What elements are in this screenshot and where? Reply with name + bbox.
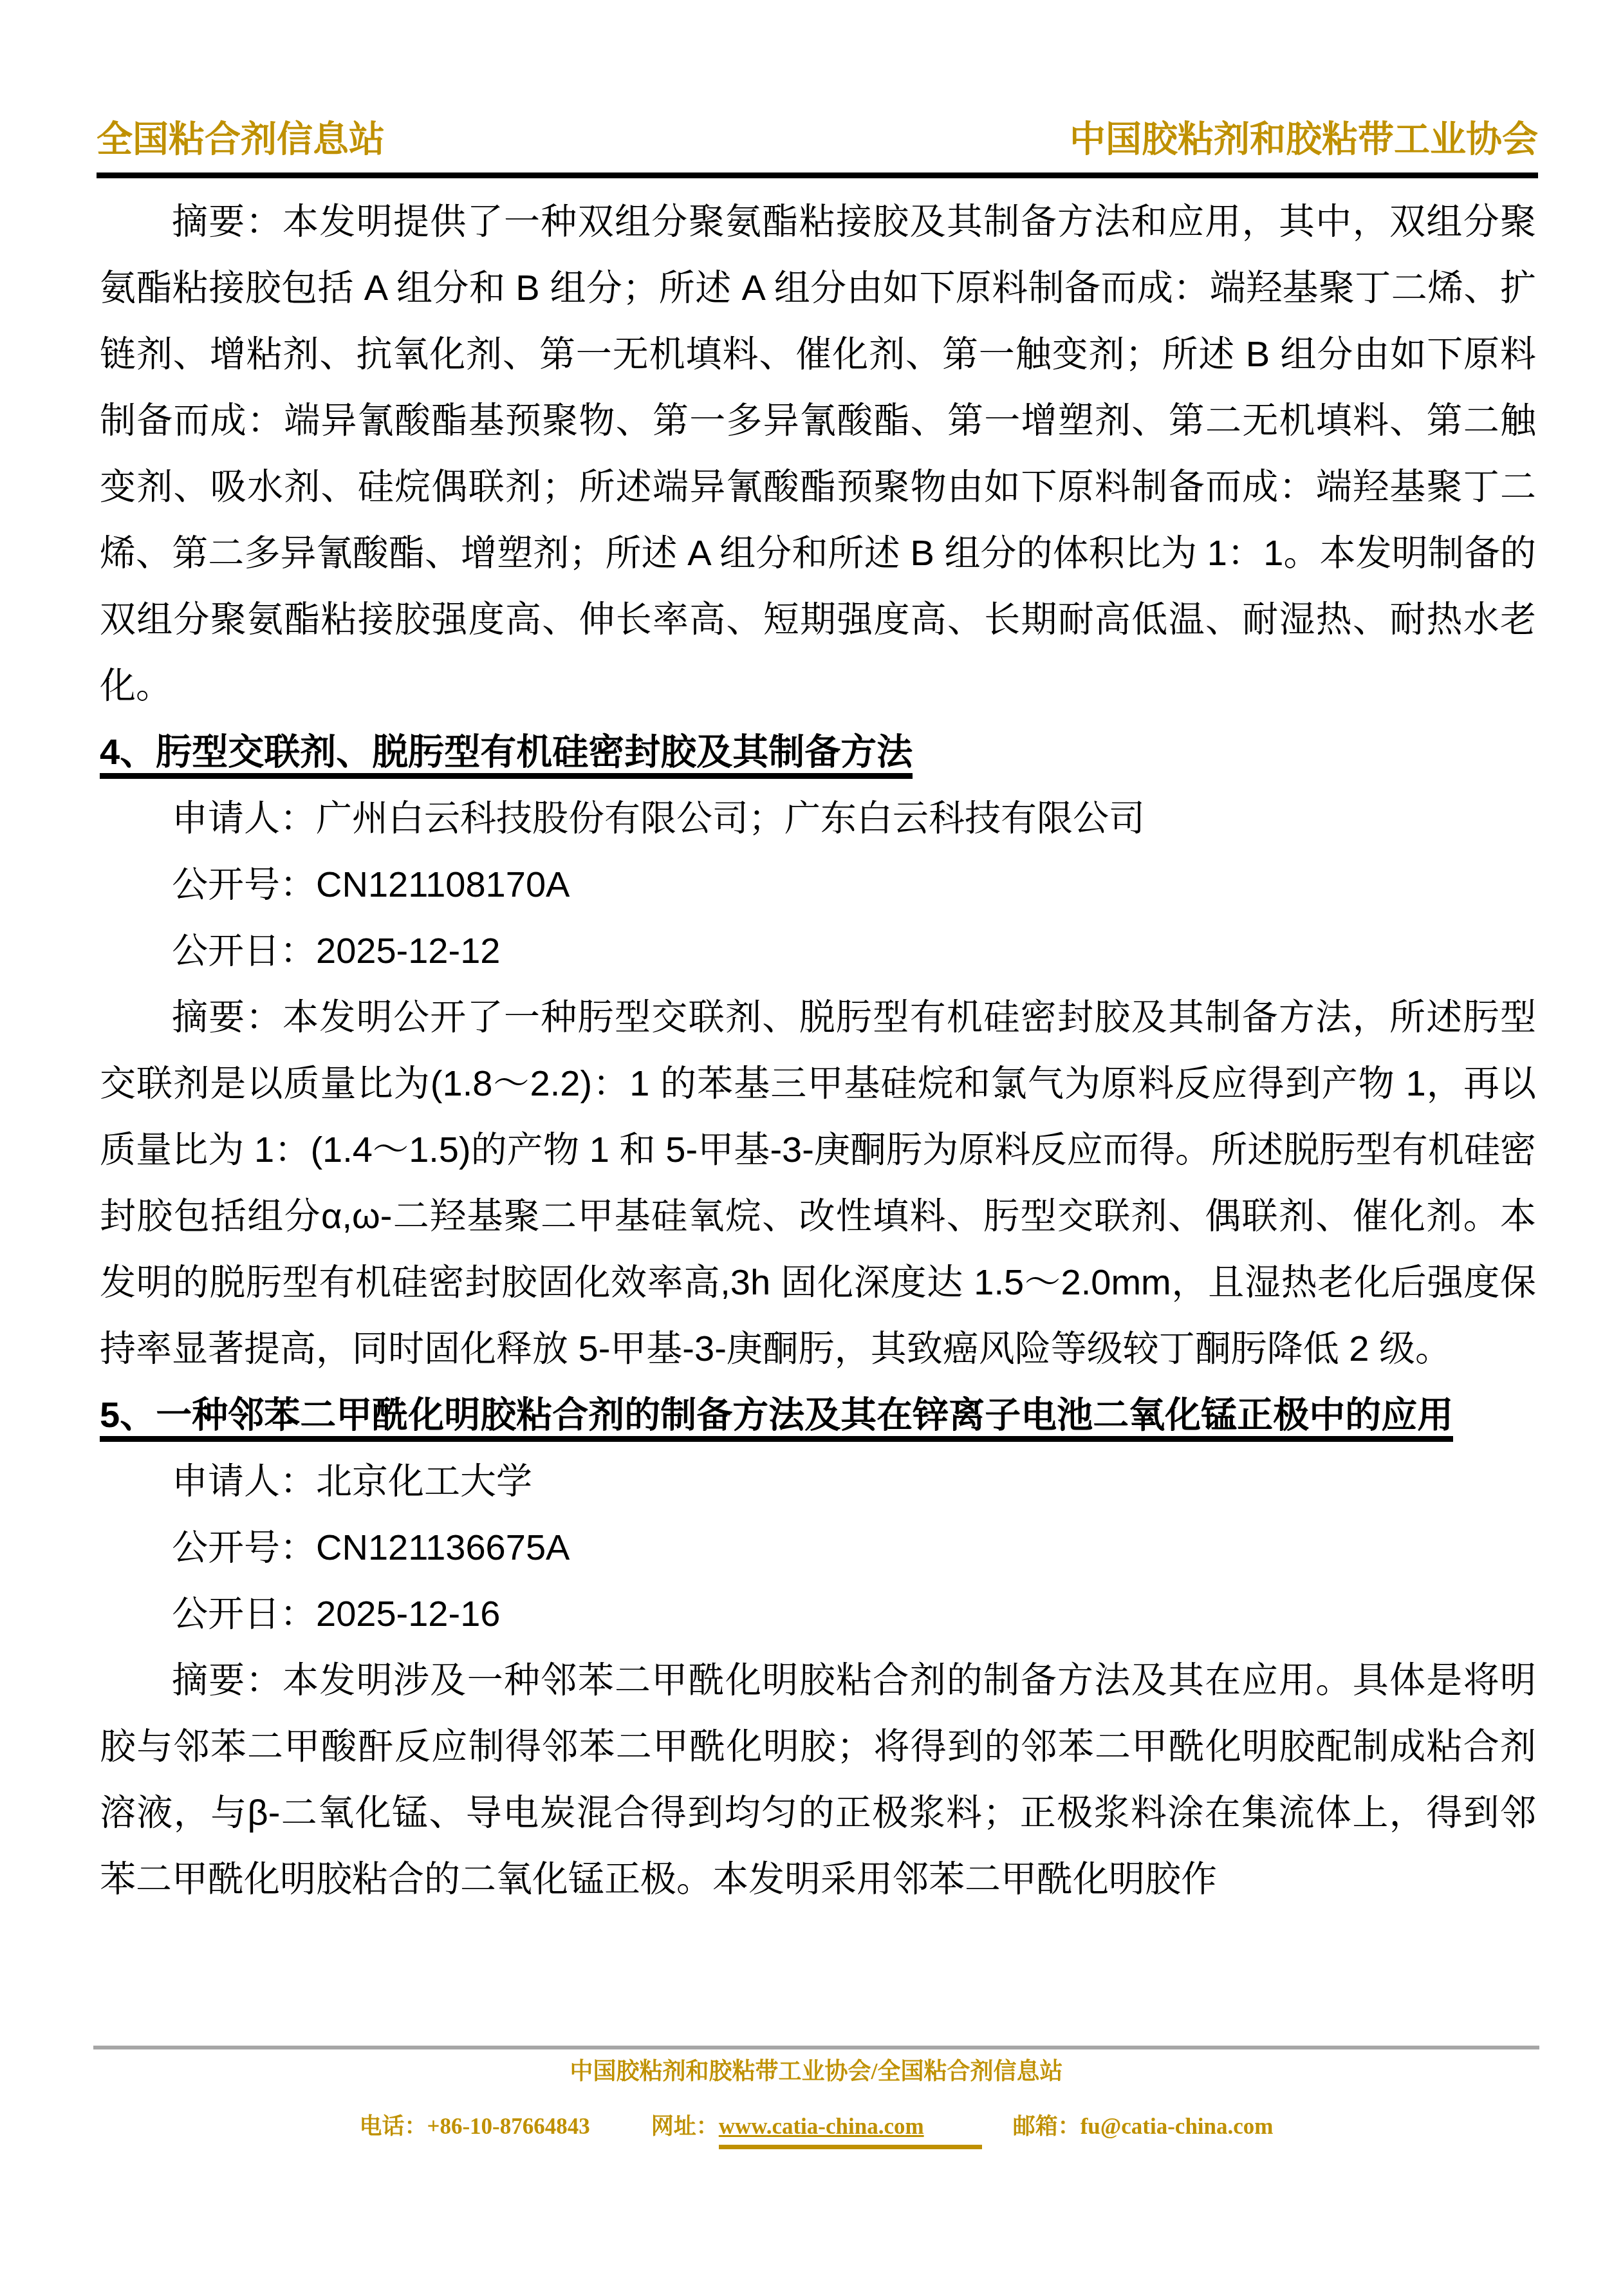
patent4-publication-date-line: 公开日：2025-12-12 xyxy=(100,917,1536,984)
footer-website-link[interactable]: www.catia-china.com xyxy=(719,2114,982,2149)
footer-email: 邮箱：fu@catia-china.com xyxy=(1013,2114,1274,2139)
footer-contact-line: 电话：+86-10-87664843网址：www.catia-china.com… xyxy=(93,2113,1539,2141)
patent5-heading: 5、一种邻苯二甲酰化明胶粘合剂的制备方法及其在锌离子电池二氧化锰正极中的应用 xyxy=(100,1381,1536,1448)
patent4-publication-number-line: 公开号：CN121108170A xyxy=(100,851,1536,917)
footer-phone: 电话：+86-10-87664843 xyxy=(359,2114,589,2139)
patent5-applicant-line: 申请人：北京化工大学 xyxy=(100,1448,1536,1514)
patent3-abstract-paragraph: 摘要：本发明提供了一种双组分聚氨酯粘接胶及其制备方法和应用，其中，双组分聚氨酯粘… xyxy=(100,188,1536,718)
document-body: 摘要：本发明提供了一种双组分聚氨酯粘接胶及其制备方法和应用，其中，双组分聚氨酯粘… xyxy=(100,188,1536,1912)
footer-organization-line: 中国胶粘剂和胶粘带工业协会/全国粘合剂信息站 xyxy=(93,2057,1539,2086)
page-header: 全国粘合剂信息站 中国胶粘剂和胶粘带工业协会 xyxy=(97,111,1538,178)
page-footer: 中国胶粘剂和胶粘带工业协会/全国粘合剂信息站 电话：+86-10-8766484… xyxy=(93,2046,1539,2141)
patent5-publication-date-line: 公开日：2025-12-16 xyxy=(100,1580,1536,1647)
patent5-publication-number-line: 公开号：CN121136675A xyxy=(100,1514,1536,1580)
patent4-heading: 4、肟型交联剂、脱肟型有机硅密封胶及其制备方法 xyxy=(100,718,1536,785)
patent4-heading-text: 4、肟型交联剂、脱肟型有机硅密封胶及其制备方法 xyxy=(100,731,913,779)
header-right-title: 中国胶粘剂和胶粘带工业协会 xyxy=(1070,111,1538,162)
patent4-abstract-paragraph: 摘要：本发明公开了一种肟型交联剂、脱肟型有机硅密封胶及其制备方法，所述肟型交联剂… xyxy=(100,984,1536,1381)
document-page: 全国粘合剂信息站 中国胶粘剂和胶粘带工业协会 摘要：本发明提供了一种双组分聚氨酯… xyxy=(0,0,1623,2296)
patent5-heading-text: 5、一种邻苯二甲酰化明胶粘合剂的制备方法及其在锌离子电池二氧化锰正极中的应用 xyxy=(100,1394,1453,1442)
patent5-abstract-paragraph: 摘要：本发明涉及一种邻苯二甲酰化明胶粘合剂的制备方法及其在应用。具体是将明胶与邻… xyxy=(100,1647,1536,1912)
patent4-applicant-line: 申请人：广州白云科技股份有限公司；广东白云科技有限公司 xyxy=(100,785,1536,851)
footer-website-label: 网址： xyxy=(651,2114,719,2139)
footer-divider xyxy=(93,2046,1539,2049)
header-left-title: 全国粘合剂信息站 xyxy=(97,111,385,162)
